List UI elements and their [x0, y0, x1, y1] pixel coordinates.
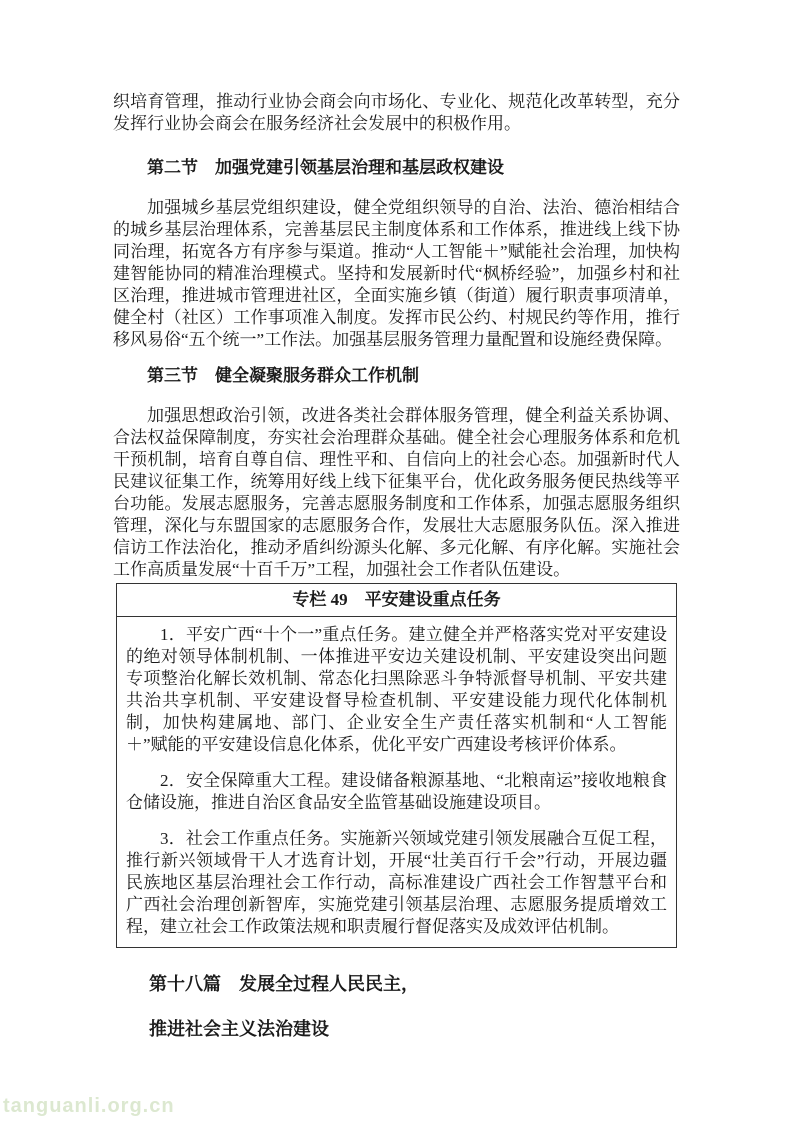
paragraph-continuation: 织培育管理，推动行业协会商会向市场化、专业化、规范化改革转型，充分发挥行业协会商… — [113, 91, 680, 135]
column-box-item-1: 1．平安广西“十个一”重点任务。建立健全并严格落实党对平安建设的绝对领导体制机制… — [126, 624, 667, 756]
chapter-heading-line-2: 推进社会主义法治建设 — [113, 1018, 680, 1040]
column-box-item-3: 3．社会工作重点任务。实施新兴领域党建引领发展融合互促工程，推行新兴领域骨干人才… — [126, 828, 667, 938]
section-heading-2: 第二节 加强党建引领基层治理和基层政权建设 — [113, 157, 680, 179]
chapter-heading-line-1: 第十八篇 发展全过程人民民主， — [113, 973, 680, 995]
section-heading-3: 第三节 健全凝聚服务群众工作机制 — [113, 365, 680, 387]
paragraph-section-3: 加强思想政治引领，改进各类社会群体服务管理，健全利益关系协调、合法权益保障制度，… — [113, 405, 680, 581]
site-watermark: tanguanli.org.cn — [3, 1095, 175, 1118]
document-page: 织培育管理，推动行业协会商会向市场化、专业化、规范化改革转型，充分发挥行业协会商… — [113, 0, 680, 1040]
column-box-body: 1．平安广西“十个一”重点任务。建立健全并严格落实党对平安建设的绝对领导体制机制… — [117, 617, 676, 947]
column-box-49: 专栏 49 平安建设重点任务 1．平安广西“十个一”重点任务。建立健全并严格落实… — [116, 583, 677, 948]
column-box-title: 专栏 49 平安建设重点任务 — [117, 584, 676, 617]
column-box-item-2: 2．安全保障重大工程。建设储备粮源基地、“北粮南运”接收地粮食仓储设施，推进自治… — [126, 770, 667, 814]
paragraph-section-2: 加强城乡基层党组织建设，健全党组织领导的自治、法治、德治相结合的城乡基层治理体系… — [113, 197, 680, 351]
